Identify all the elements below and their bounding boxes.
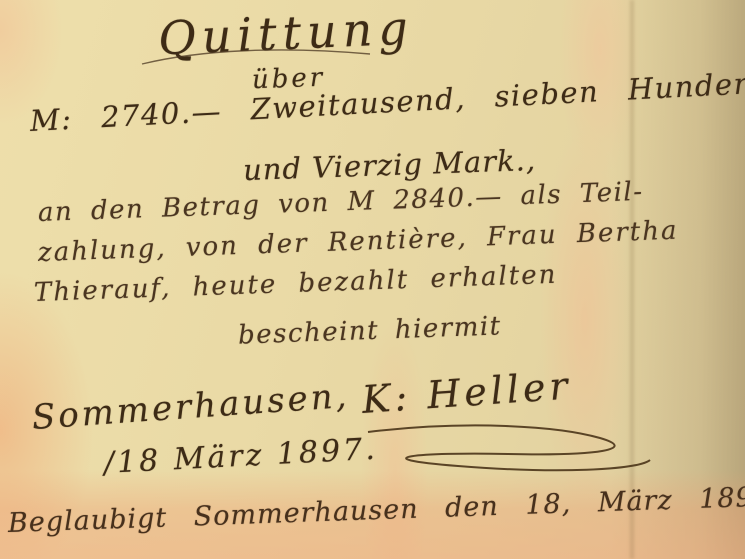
signature-flourish (338, 418, 668, 493)
signature: K: Heller (360, 363, 572, 422)
receipt-photo: Quittung über M: 2740.— Zweitausend, sie… (0, 0, 745, 559)
body-line-3: Thierauf, heute bezahlt erhalten (33, 260, 557, 308)
amount-line-2: und Vierzig Mark., (242, 143, 536, 187)
amount-line-1: M: 2740.— Zweitausend, sieben Hundert (29, 66, 745, 138)
body-line-4: bescheint hiermit (238, 311, 503, 350)
place-line: Sommerhausen, (31, 376, 351, 438)
